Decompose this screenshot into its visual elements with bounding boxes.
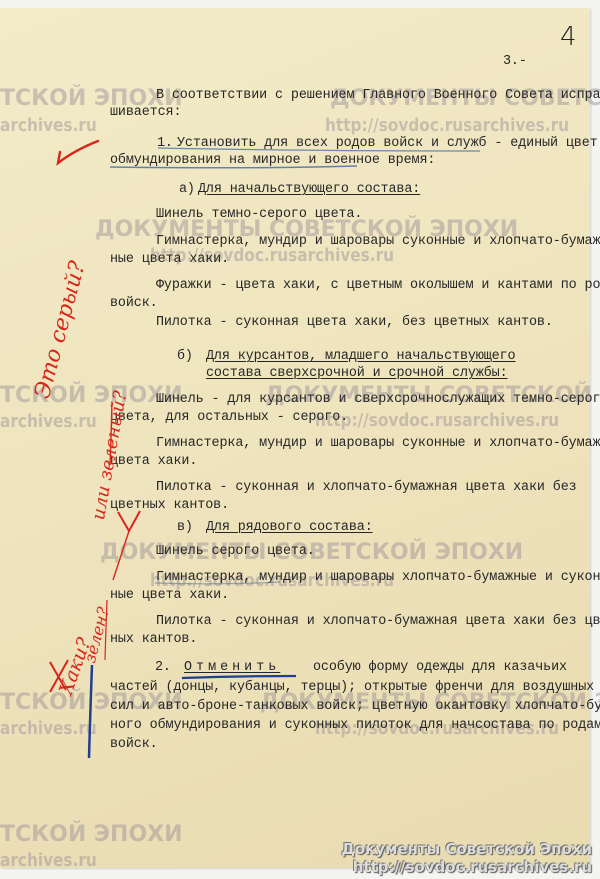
section-a-label: а) — [179, 182, 195, 197]
section-a-line: войск. — [110, 296, 158, 311]
item1-number: 1. — [157, 136, 173, 151]
watermark-url: archives.ru — [0, 115, 97, 136]
watermark-url: archives.ru — [0, 718, 97, 739]
section-b-line: цветных кантов. — [110, 498, 229, 513]
section-b-line: Шинель - для курсантов и сверхсрочнослуж… — [156, 392, 600, 407]
section-b-line: Пилотка - суконная и хлопчато-бумажная ц… — [156, 480, 577, 495]
footer-watermark-title: Документы Советской Эпохи — [341, 840, 592, 858]
watermark-url: http://sovdoc.rusarchives.ru — [325, 115, 569, 136]
item2-keyword: Отменить — [184, 660, 280, 675]
item2-line: сил и авто-броне-танковых войск; цветную… — [110, 699, 600, 714]
section-b-heading: Для курсантов, младшего начальствующего — [206, 349, 516, 364]
section-c-line: Шинель серого цвета. — [156, 544, 315, 559]
section-c-line: ных кантов. — [110, 632, 197, 647]
item2-number: 2. — [155, 660, 171, 675]
watermark-url: http://sovdoc.rusarchives.ru — [315, 410, 559, 431]
watermark-title: ТСКОЙ ЭПОХИ — [0, 822, 183, 847]
archive-page-number: 4 — [560, 22, 577, 52]
item2-line: особую форму одежды для казачьих — [313, 660, 567, 675]
section-b-heading: состава сверхсрочной и срочной службы: — [206, 366, 508, 381]
item2-line: ного обмундирования и суконных пилоток д… — [110, 718, 600, 733]
section-c-label: в) — [177, 520, 193, 535]
section-b-line: Гимнастерка, мундир и шаровары суконные … — [156, 436, 600, 451]
section-b-label: б) — [177, 349, 193, 364]
item1-line: обмундирования на мирное и военное время… — [110, 153, 435, 168]
section-c-line: Пилотка - суконная и хлопчато-бумажная ц… — [156, 614, 600, 629]
section-a-heading: Для начальствующего состава: — [198, 182, 420, 197]
watermark-url: archives.ru — [0, 850, 97, 871]
section-c-line: Гимнастерка, мундир и шаровары хлопчато-… — [156, 570, 600, 585]
footer-watermark-url: http://sovdoc.rusarchives.ru — [353, 858, 592, 876]
item1-line: Установить для всех родов войск и служб … — [177, 136, 598, 151]
section-a-line: Пилотка - суконная цвета хаки, без цветн… — [156, 315, 553, 330]
section-a-line: ные цвета хаки. — [110, 252, 229, 267]
section-c-line: ные цвета хаки. — [110, 588, 229, 603]
section-b-line: цвета хаки. — [110, 454, 197, 469]
section-c-heading: Для рядового состава: — [206, 520, 373, 535]
item2-line: войск. — [110, 737, 158, 752]
section-a-line: Гимнастерка, мундир и шаровары суконные … — [156, 234, 600, 249]
intro-line: шивается: — [110, 105, 181, 120]
item2-line: частей (донцы, кубанцы, терцы); открытые… — [110, 680, 594, 695]
page-number: 3.- — [503, 54, 527, 69]
section-b-line: цвета, для остальных - серого. — [110, 410, 348, 425]
watermark-url: archives.ru — [0, 411, 97, 432]
section-a-line: Фуражки - цвета хаки, с цветным околышем… — [156, 278, 600, 293]
intro-line: В соответствии с решением Главного Военн… — [156, 88, 600, 103]
section-a-line: Шинель темно-серого цвета. — [156, 207, 362, 222]
